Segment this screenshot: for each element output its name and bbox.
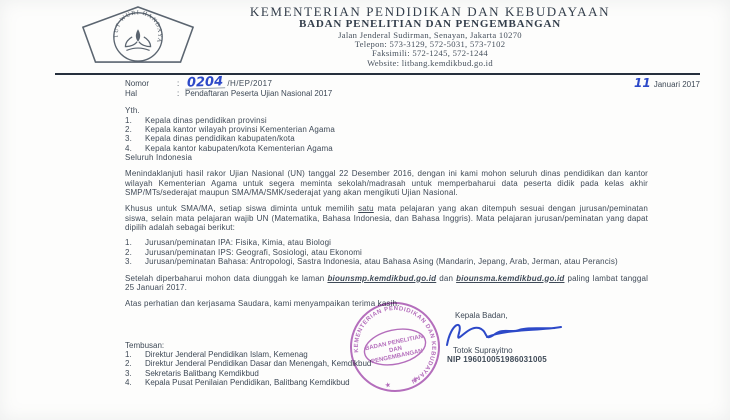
tut-wuri-handayani-logo: TUT WURI HANDAYANI: [80, 6, 196, 64]
p3-text-mid: dan: [436, 274, 456, 283]
link-biounsmp: biounsmp.kemdikbud.go.id: [327, 274, 436, 283]
scanned-letter-page: TUT WURI HANDAYANI KEMENTERIAN PENDIDIKA…: [0, 0, 730, 420]
link-biounsma: biounsma.kemdikbud.go.id: [456, 274, 564, 283]
major-item: Jurusan/peminatan Bahasa: Antropologi, S…: [125, 257, 648, 266]
signatory-nip: NIP 196010051986031005: [447, 355, 655, 364]
paragraph-upload: Setelah diperbaharui mohon data diunggah…: [125, 274, 648, 293]
recipient-item: Kepala kantor wilayah provinsi Kementeri…: [125, 125, 648, 134]
letter-body: Yth. Kepala dinas pendidikan provinsiKep…: [125, 106, 648, 308]
nomor-handwritten: 0204: [185, 77, 226, 90]
letterhead-website: Website: litbang.kemdikbud.go.id: [180, 59, 680, 68]
salutation: Yth.: [125, 106, 648, 115]
recipients-footer: Seluruh Indonesia: [125, 153, 648, 162]
colon: :: [177, 79, 185, 89]
hal-row: Hal:Pendaftaran Peserta Ujian Nasional 2…: [125, 89, 730, 99]
letterhead-ministry: KEMENTERIAN PENDIDIKAN DAN KEBUDAYAAN: [180, 5, 680, 19]
closing-section: KEMENTERIAN PENDIDIKAN DAN KEBUDAYAAN BA…: [125, 309, 730, 409]
letterhead: TUT WURI HANDAYANI KEMENTERIAN PENDIDIKA…: [0, 0, 730, 71]
paragraph-opening: Menindaklanjuti hasil rakor Ujian Nasion…: [125, 169, 648, 197]
stamp-star: ★: [384, 380, 392, 389]
p2-text-1: Khusus untuk SMA/MA, setiap siswa dimint…: [125, 204, 358, 213]
logo-flame-icon: [136, 29, 140, 42]
nomor-row: Nomor:0204 /H/EP/2017 11Januari 2017: [125, 78, 730, 89]
nomor-suffix: /H/EP/2017: [227, 79, 272, 88]
date-day-handwritten: 11: [634, 79, 651, 89]
hal-value: Pendaftaran Peserta Ujian Nasional 2017: [185, 89, 332, 98]
hal-label: Hal: [125, 89, 177, 99]
major-item: Jurusan/peminatan IPS: Geografi, Sosiolo…: [125, 248, 648, 257]
signature-block: Kepala Badan, Totok Suprayitno NIP 19601…: [425, 311, 655, 364]
recipient-list: Kepala dinas pendidikan provinsiKepala k…: [125, 116, 648, 153]
date-month-year: Januari 2017: [654, 80, 700, 89]
majors-list: Jurusan/peminatan IPA: Fisika, Kimia, at…: [125, 238, 648, 266]
letter-date: 11Januari 2017: [634, 79, 700, 90]
p3-text-1: Setelah diperbaharui mohon data diunggah…: [125, 274, 327, 283]
nomor-label: Nomor: [125, 79, 177, 89]
recipient-item: Kepala dinas pendidikan provinsi: [125, 116, 648, 125]
header-rule: [55, 73, 700, 75]
major-item: Jurusan/peminatan IPA: Fisika, Kimia, at…: [125, 238, 648, 247]
colon: :: [177, 89, 185, 99]
signature-scribble: [437, 317, 567, 351]
letter-meta: Nomor:0204 /H/EP/2017 11Januari 2017 Hal…: [125, 78, 730, 99]
letterhead-text: KEMENTERIAN PENDIDIKAN DAN KEBUDAYAAN BA…: [180, 5, 680, 68]
paragraph-subject-choice: Khusus untuk SMA/MA, setiap siswa dimint…: [125, 204, 648, 232]
underlined-satu: satu: [358, 204, 374, 213]
recipient-item: Kepala dinas pendidikan kabupaten/kota: [125, 134, 648, 143]
recipient-item: Kepala kantor kabupaten/kota Kementerian…: [125, 144, 648, 153]
